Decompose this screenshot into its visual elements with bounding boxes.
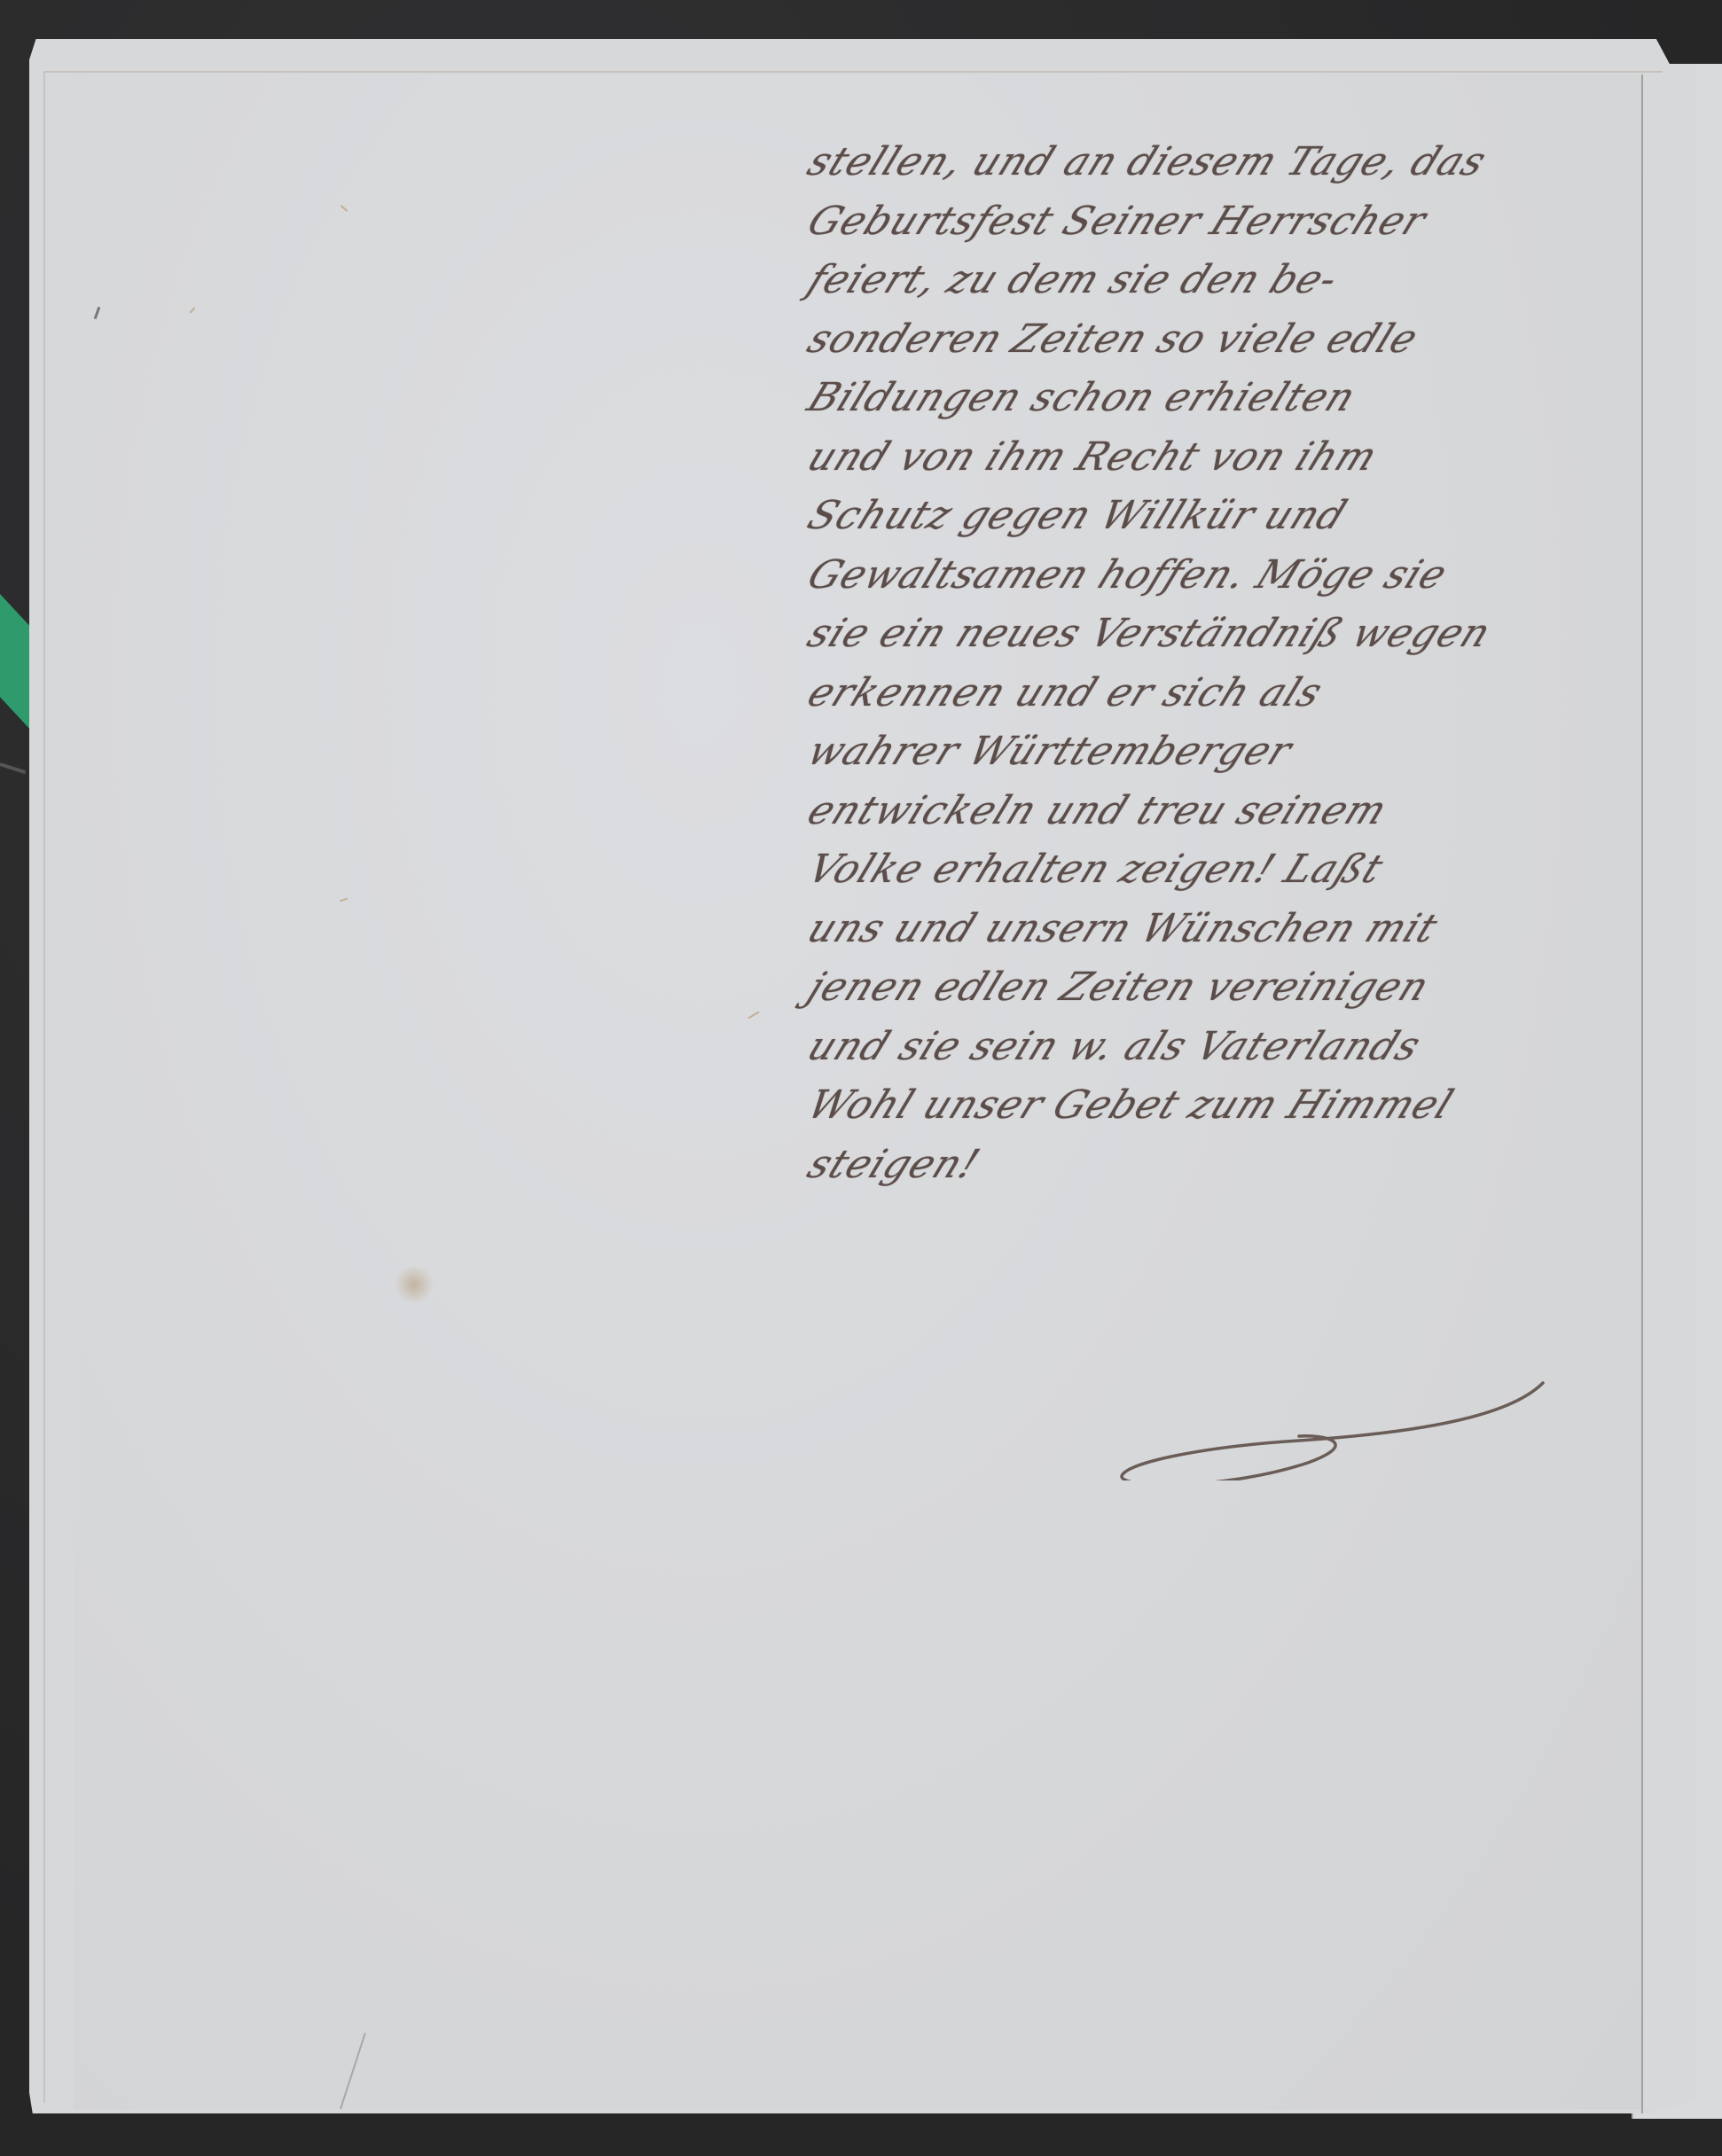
paper-fiber	[190, 307, 196, 313]
margin-ink-mark	[94, 307, 101, 319]
handwritten-line: Gewaltsamen hoffen. Möge sie	[798, 546, 1664, 605]
paper-fiber	[340, 898, 348, 902]
handwritten-line: uns und unsern Wünschen mit	[798, 900, 1664, 959]
handwritten-line: sonderen Zeiten so viele edle	[798, 310, 1664, 370]
handwritten-line: steigen!	[798, 1136, 1664, 1195]
paper-fiber	[340, 205, 348, 212]
paper-tear-line	[340, 2033, 366, 2109]
closing-flourish-icon	[1095, 1365, 1556, 1480]
handwritten-line: sie ein neues Verständniß wegen	[798, 605, 1664, 664]
paper-fiber	[748, 1012, 759, 1019]
handwritten-line: jenen edlen Zeiten vereinigen	[798, 958, 1664, 1018]
handwritten-line: entwickeln und treu seinem	[798, 782, 1664, 841]
handwritten-text-block: stellen, und an diesem Tage, das Geburts…	[798, 133, 1640, 1194]
paper-stain	[393, 1267, 435, 1302]
handwritten-line: feiert, zu dem sie den be-	[798, 251, 1664, 310]
handwritten-line: Wohl unser Gebet zum Himmel	[798, 1076, 1664, 1136]
handwritten-line: und sie sein w. als Vaterlands	[798, 1018, 1664, 1077]
handwritten-line: wahrer Württemberger	[798, 723, 1664, 782]
handwritten-line: und von ihm Recht von ihm	[798, 428, 1664, 488]
handwritten-line: stellen, und an diesem Tage, das	[798, 133, 1664, 192]
handwritten-line: Schutz gegen Willkür und	[798, 487, 1664, 546]
handwritten-line: Geburtsfest Seiner Herrscher	[798, 192, 1664, 252]
handwritten-line: erkennen und er sich als	[798, 664, 1664, 723]
handwritten-line: Bildungen schon erhielten	[798, 369, 1664, 428]
handwritten-line: Volke erhalten zeigen! Laßt	[798, 840, 1664, 900]
